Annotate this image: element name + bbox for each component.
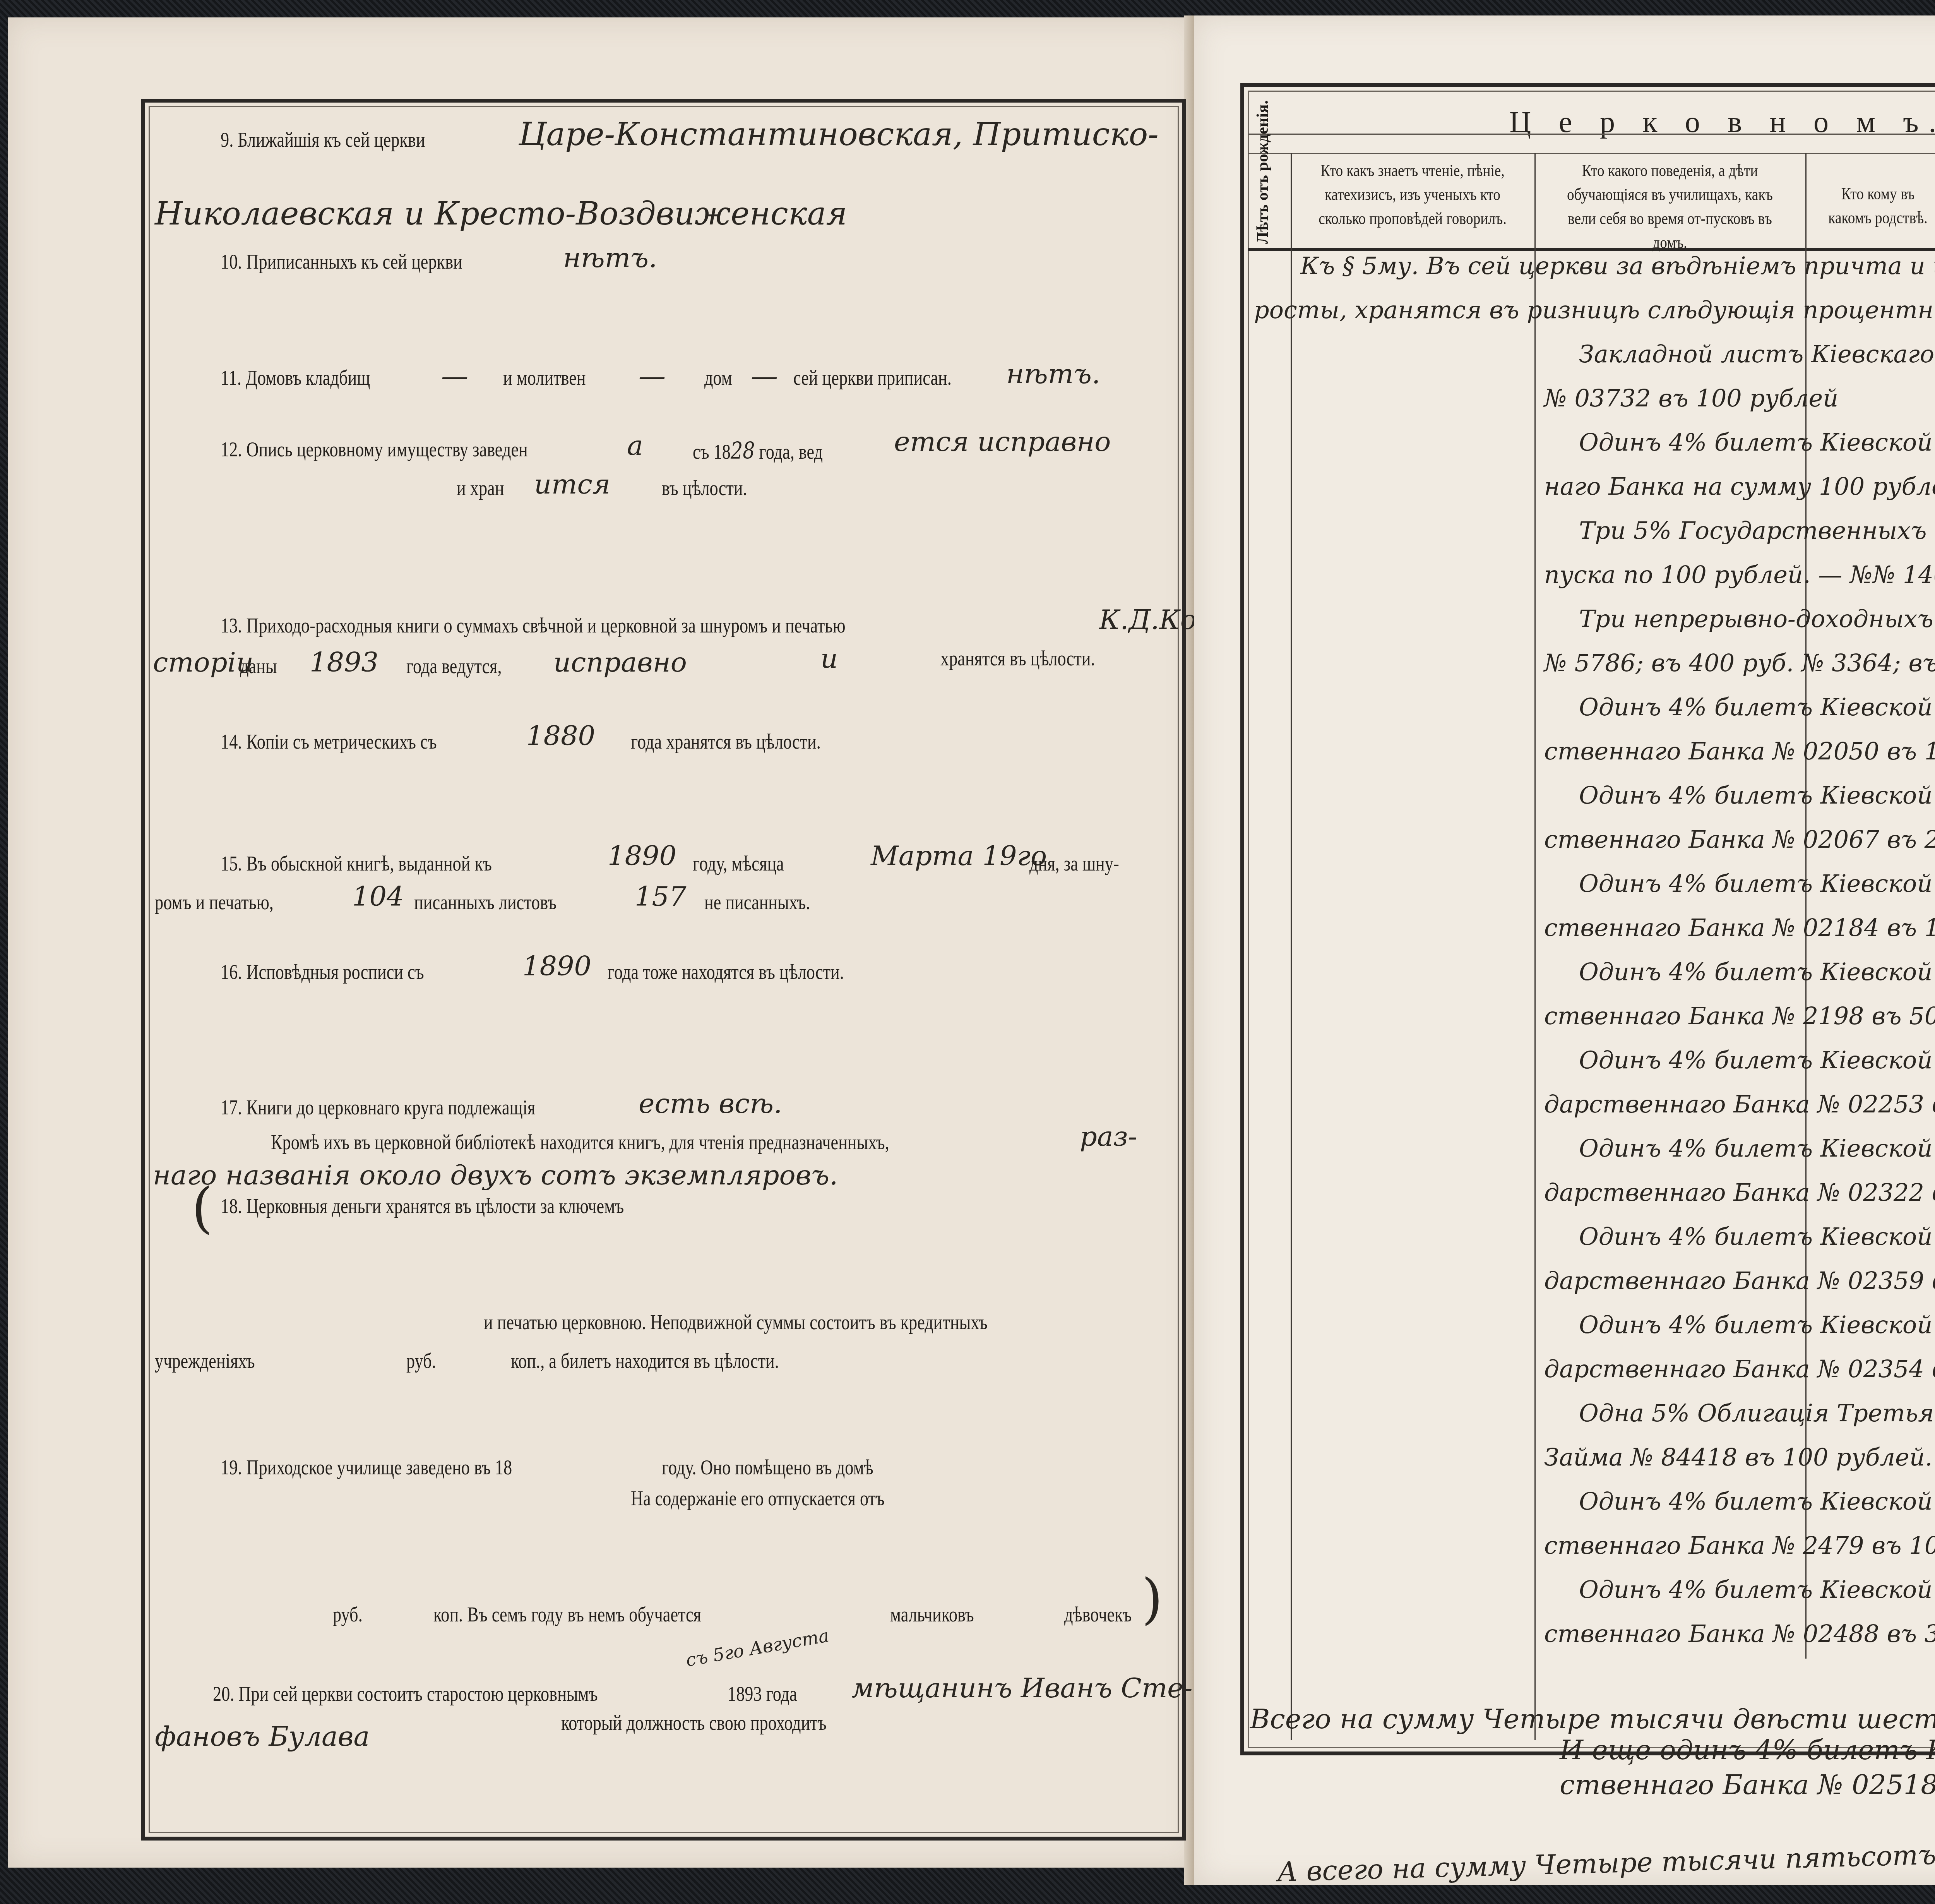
column-divider: [1534, 153, 1536, 1740]
subtotal-line-3: ственнаго Банка № 02518 въ 300 рублей.: [1560, 1769, 1935, 1801]
item-13-line2c: хранятся въ цѣлости.: [940, 646, 1095, 670]
item-18-line3b: руб.: [406, 1349, 436, 1373]
column-divider: [1805, 153, 1807, 1659]
ledger-entry-line: Три 5% Государственныхъ билета втораго в…: [1579, 516, 1935, 545]
item-11-dash: —: [639, 360, 666, 392]
ledger-entry-line: Одинъ 4% билетъ Кіевской Конторы Госу-: [1579, 1311, 1935, 1339]
item-15-month: Марта 19го: [871, 840, 1047, 872]
ledger-entry-line: дарственнаго Банка № 02359 въ 200 руб.: [1544, 1266, 1935, 1295]
item-15-line2a: ромъ и печатью,: [155, 890, 274, 914]
item-19-line-end: году. Оно помѣщено въ домѣ: [662, 1455, 873, 1479]
ledger-entry-line: Одинъ 4% билетъ Кіевской Конторы Государ…: [1579, 1487, 1935, 1515]
ledger-entry-line: Закладной листъ Кіевскаго Земельнаго Бан…: [1579, 340, 1935, 368]
ledger-entry-line: ственнаго Банка № 02050 въ 125 рублей.: [1544, 737, 1935, 765]
item-13-label: 13. Приходо-расходныя книги о суммахъ св…: [221, 614, 846, 638]
item-13-hw-3: исправно: [553, 646, 687, 678]
bracket-close: ): [1142, 1568, 1163, 1631]
item-14-line-end: года хранятся въ цѣлости.: [631, 730, 821, 754]
item-16-line-end: года тоже находятся въ цѣлости.: [608, 960, 844, 984]
ledger-entry-line: Къ § 5му. Въ сей церкви за вѣдѣніемъ при…: [1300, 252, 1935, 280]
ledger-entry-line: Одинъ 4% билетъ Кіевской Конторы Государ…: [1579, 781, 1935, 809]
item-15-line-end: дня, за шну-: [1029, 852, 1119, 876]
column-header-knowledge: Кто какъ знаетъ чтеніе, пѣніе, катехизис…: [1312, 159, 1513, 231]
ledger-entry-line: ственнаго Банка № 02488 въ 300 рублей: [1544, 1620, 1935, 1648]
item-11-label-4: сей церкви приписан.: [793, 366, 952, 390]
bracket-open: (: [192, 1177, 213, 1240]
item-15-year: 1890: [608, 840, 676, 872]
item-13-hw-4: и: [820, 643, 838, 674]
item-18-line3a: учрежденіяхъ: [155, 1349, 255, 1373]
item-15-label: 15. Въ обыскной книгѣ, выданной къ: [221, 852, 492, 876]
item-14-label: 14. Копіи съ метрическихъ съ: [221, 730, 437, 754]
column-header-relation: Кто кому въ какомъ родствѣ.: [1820, 182, 1935, 230]
subtotal-line-1: Всего на сумму Четыре тысячи двѣсти шест…: [1250, 1703, 1935, 1735]
item-17-hw-2: раз-: [1080, 1121, 1137, 1152]
item-11-label-2: и молитвен: [503, 366, 586, 390]
item-9-label: 9. Ближайшія къ сей церкви: [221, 128, 425, 152]
ledger-entry-line: ственнаго Банка № 02067 въ 200 рублей.: [1544, 825, 1935, 853]
ledger-entry-line: Одинъ 4% билетъ Кіевской Конторы Государ…: [1579, 1575, 1935, 1604]
item-18-line3c: коп., а билетъ находится въ цѣлости.: [511, 1349, 779, 1373]
item-10-label: 10. Приписанныхъ къ сей церкви: [221, 250, 462, 274]
ledger-entry-line: Одинъ 4% билетъ Кіевской Конторы Государ…: [1579, 693, 1935, 721]
item-19-label: 19. Приходское училище заведено въ 18: [221, 1455, 512, 1479]
item-11-dash: —: [441, 360, 468, 392]
item-12-line2b: въ цѣлости.: [662, 476, 747, 500]
ledger-entry-line: Одинъ 4% билетъ Кіевской Конторы Госу-: [1579, 1222, 1935, 1251]
item-15-month-label: году, мѣсяца: [693, 852, 784, 876]
ledger-entry-line: наго Банка на сумму 100 рублей — № 02209…: [1544, 472, 1935, 500]
item-12-hw: а: [627, 430, 643, 461]
item-19-line3c: мальчиковъ: [890, 1602, 974, 1626]
item-17-hw: есть всѣ.: [639, 1088, 782, 1119]
ledger-entry-line: ственнаго Банка № 02184 въ 100 рублей.: [1544, 913, 1935, 942]
ledger-entry-line: Одинъ 4% билетъ Кіевской Конторы Государ…: [1579, 869, 1935, 898]
item-20-label: 20. При сей церкви состоитъ старостою це…: [213, 1682, 598, 1706]
item-16-label: 16. Исповѣдныя росписи съ: [221, 960, 424, 984]
item-11-handwritten: нѣтъ.: [1006, 358, 1100, 390]
item-11-label: 11. Домовъ кладбищ: [221, 366, 370, 390]
item-17-label: 17. Книги до церковнаго круга подлежащія: [221, 1095, 535, 1119]
item-15-line2c: не писанныхъ.: [704, 890, 810, 914]
item-20-line2: который должность свою проходитъ: [561, 1711, 827, 1735]
item-11-dash: —: [751, 360, 778, 392]
item-11-label-3: дом: [704, 366, 732, 390]
ledger-entry-line: Одинъ 4% билетъ Кіевской Конторы Государ…: [1579, 958, 1935, 986]
table-rule: [1248, 134, 1935, 135]
item-18-label: 18. Церковныя деньги хранятся въ цѣлости…: [221, 1194, 624, 1218]
item-12-year-label: съ 1828 года, вед: [693, 437, 823, 464]
item-13-year: 1893: [310, 646, 378, 678]
item-14-year: 1880: [526, 720, 595, 752]
item-20-year: 1893 года: [728, 1682, 797, 1706]
item-12-label: 12. Опись церковному имуществу заведен: [221, 437, 528, 461]
item-19-line3a: руб.: [333, 1602, 363, 1626]
item-19-line3d: дѣвочекъ: [1064, 1602, 1132, 1626]
ledger-entry-line: Одна 5% Облигація Третьяго Восточнаго: [1579, 1399, 1935, 1427]
ledger-entry-line: № 5786; въ 400 руб. № 3364; въ 35 р. № 1…: [1544, 649, 1935, 677]
column-header-behavior: Кто какого поведенія, а дѣти обучающіяся…: [1558, 159, 1782, 255]
item-20-hw: мѣщанинъ Иванъ Сте-: [851, 1672, 1192, 1704]
item-17-hw-3: наго названія около двухъ сотъ экземпляр…: [153, 1159, 838, 1191]
ledger-entry-line: Три непрерывно-доходныхъ билета: въ 1300…: [1579, 605, 1935, 633]
ledger-entry-line: Одинъ 4% билетъ Кіевской Конторы Госу-: [1579, 1134, 1935, 1162]
item-19-line3b: коп. Въ семъ году въ немъ обучается: [433, 1602, 701, 1626]
column-divider: [1291, 153, 1292, 1740]
item-17-line2: Кромѣ ихъ въ церковной библіотекѣ находи…: [271, 1130, 889, 1154]
column-header-age: Лѣтъ отъ рожденія.: [1254, 100, 1272, 244]
item-18-line2: и печатью церковною. Неподвижной суммы с…: [484, 1310, 988, 1334]
item-10-handwritten: нѣтъ.: [563, 242, 657, 274]
ledger-entry-line: № 03732 въ 100 рублей: [1544, 384, 1838, 412]
ledger-entry-line: Одинъ 4% билетъ Кіевской Конторы Государ…: [1579, 428, 1935, 456]
ledger-entry-line: ственнаго Банка № 2198 въ 500 рублей.: [1544, 1002, 1935, 1030]
ledger-entry-line: росты, хранятся въ ризницѣ слѣдующія про…: [1254, 296, 1935, 324]
ledger-entry-line: дарственнаго Банка № 02322 въ 100 руб.: [1544, 1178, 1935, 1206]
item-12-hw-2: ется исправно: [894, 426, 1111, 458]
item-13-line2b: года ведутся,: [406, 654, 502, 678]
item-9-handwritten-cont: Николаевская и Кресто-Воздвиженская: [155, 195, 847, 232]
item-13-line2a: даны: [240, 654, 277, 678]
item-15-line2b: писанныхъ листовъ: [414, 890, 557, 914]
item-9-handwritten: Царе-Константиновская, Притиско-: [519, 116, 1159, 153]
ledger-entry-line: Одинъ 4% билетъ Кіевской Конторы Госу-: [1579, 1046, 1935, 1074]
ledger-entry-line: пуска по 100 рублей. — №№ 14635, 14636 и…: [1544, 560, 1935, 589]
ledger-entry-line: Займа № 84418 въ 100 рублей.: [1544, 1443, 1932, 1471]
ledger-entry-line: дарственнаго Банка № 02253 въ 200 руб.: [1544, 1090, 1935, 1118]
item-13-hw-2: сторіи: [153, 646, 253, 678]
table-rule: [1248, 153, 1935, 154]
item-20-hw-2: фановъ Булава: [155, 1721, 370, 1752]
ledger-entry-line: ственнаго Банка № 2479 въ 100 рублей.: [1544, 1531, 1935, 1560]
subtotal-line-2: И еще одинъ 4% билетъ Кіевской Конторы Г…: [1560, 1734, 1935, 1766]
item-19-line2: На содержаніе его отпускается отъ: [631, 1486, 885, 1510]
item-15-blank-count: 157: [635, 881, 687, 912]
item-15-written-count: 104: [352, 881, 404, 912]
ledger-entry-line: дарственнаго Банка № 02354 въ 100 рублей: [1544, 1355, 1935, 1383]
item-12-hw-3: ится: [534, 468, 610, 500]
item-16-year: 1890: [522, 950, 591, 982]
item-12-line2a: и хран: [457, 476, 504, 500]
